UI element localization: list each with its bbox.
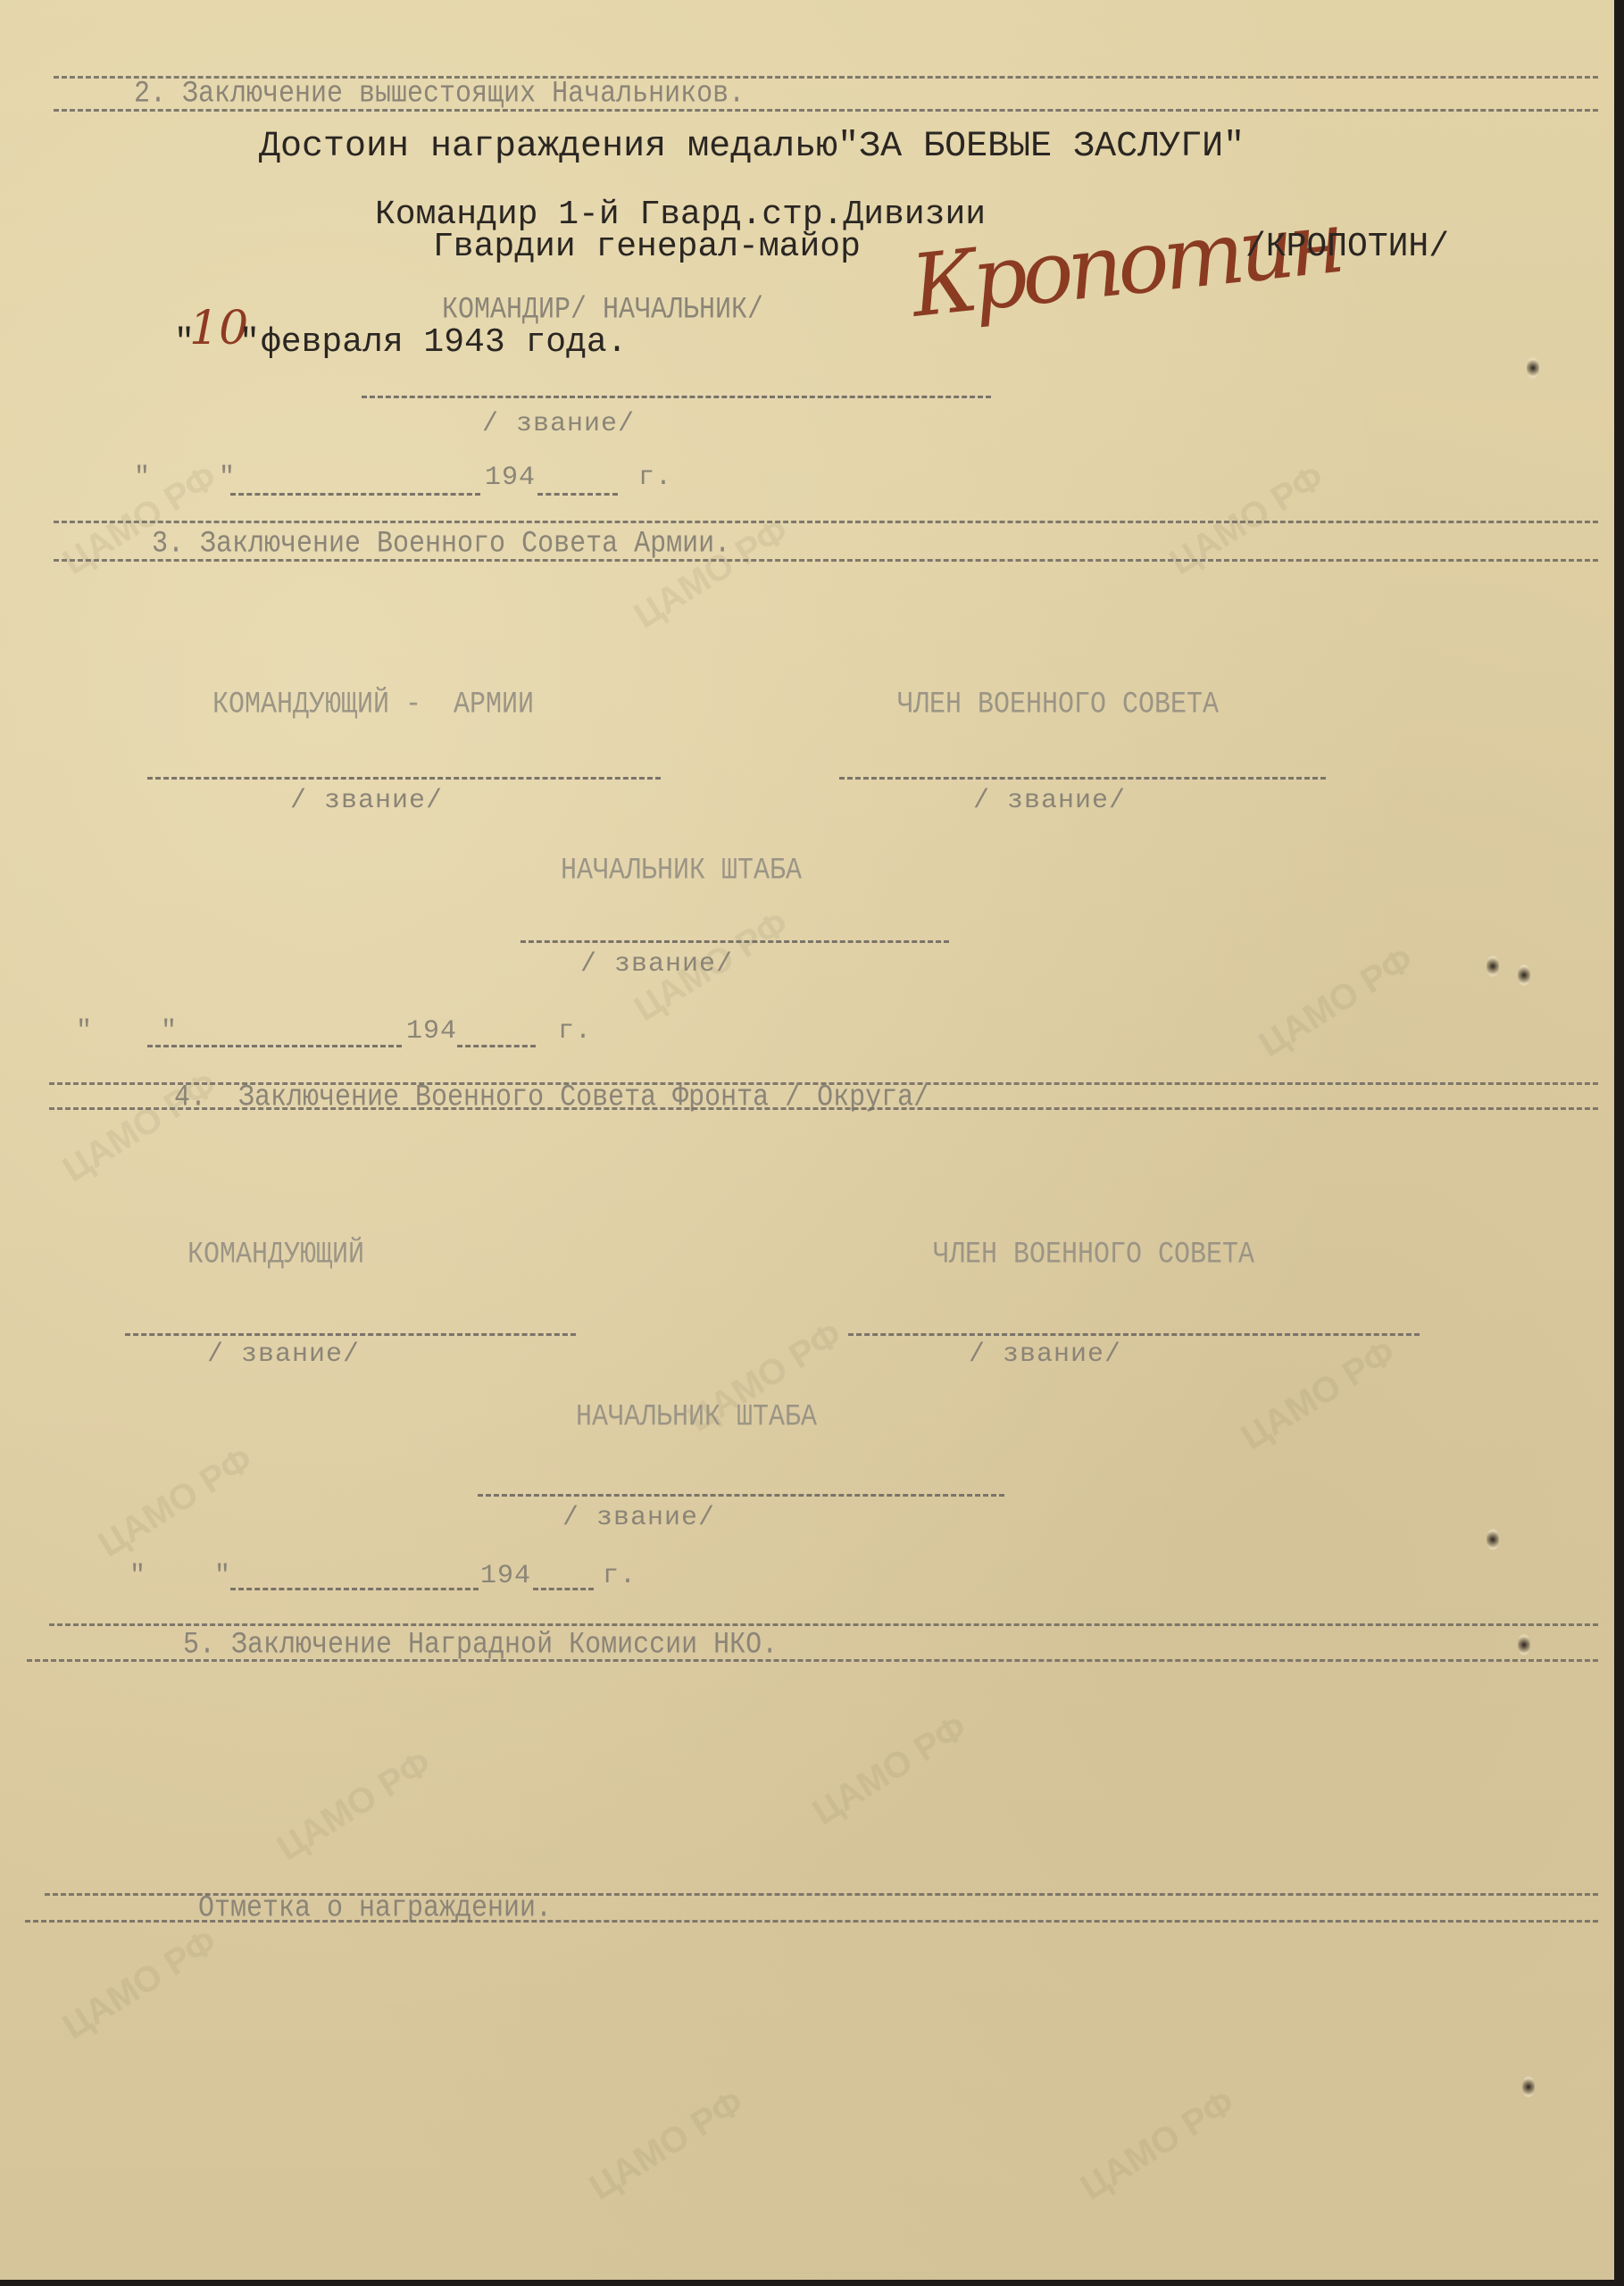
- blank-date-line: [457, 1045, 536, 1047]
- blank-date-quotes: " ": [129, 1563, 231, 1589]
- section-heading: 3. Заключение Военного Совета Армии.: [152, 529, 730, 560]
- rule-line: [25, 1920, 1598, 1923]
- signature-line: [147, 777, 661, 780]
- section-heading: 5. Заключение Наградной Комиссии НКО.: [183, 1630, 778, 1661]
- rank-label: / звание/: [969, 1341, 1121, 1368]
- scan-border-bottom: [0, 2280, 1624, 2286]
- date-text: февраля 1943 года.: [261, 326, 627, 360]
- council-member-title: ЧЛЕН ВОЕННОГО СОВЕТА: [933, 1239, 1254, 1271]
- blank-date-quotes: " ": [134, 464, 236, 491]
- signature-line: [839, 777, 1326, 780]
- blank-date-line: [147, 1045, 402, 1047]
- commander-title: КОМАНДУЮЩИЙ: [187, 1239, 364, 1271]
- pinhole-mark: [1518, 1634, 1530, 1656]
- role-label: КОМАНДИР/ НАЧАЛЬНИК/: [442, 295, 763, 326]
- blank-date-suffix: г.: [603, 1563, 637, 1589]
- rule-line: [49, 1107, 1598, 1110]
- council-member-title: ЧЛЕН ВОЕННОГО СОВЕТА: [897, 689, 1219, 721]
- pinhole-mark: [1527, 357, 1539, 379]
- date-close-quote: ": [239, 326, 260, 360]
- blank-date-line: [230, 493, 480, 496]
- rank-label: / звание/: [562, 1505, 715, 1531]
- blank-date-line: [230, 1588, 479, 1590]
- rank-label: / звание/: [580, 951, 733, 978]
- signature-line: [478, 1494, 1004, 1497]
- commander-title: КОМАНДУЮЩИЙ - АРМИИ: [212, 689, 534, 721]
- blank-date-quotes: " ": [76, 1018, 178, 1045]
- blank-date-year: 194: [485, 464, 536, 491]
- blank-date-year: 194: [406, 1018, 457, 1045]
- signature-line: [125, 1333, 576, 1336]
- signature-line: [362, 396, 991, 398]
- signature-line: [848, 1333, 1420, 1336]
- signer-title-line2: Гвардии генерал-майор: [433, 230, 861, 264]
- rank-label: / звание/: [290, 788, 443, 814]
- rule-line: [49, 1623, 1598, 1626]
- award-recommendation: Достоин награждения медалью"ЗА БОЕВЫЕ ЗА…: [259, 129, 1245, 165]
- blank-date-year: 194: [480, 1563, 531, 1589]
- pinhole-mark: [1518, 964, 1530, 986]
- pinhole-mark: [1522, 2076, 1535, 2098]
- rank-label: / звание/: [973, 788, 1126, 814]
- rule-line: [54, 109, 1598, 112]
- blank-date-suffix: г.: [558, 1018, 592, 1045]
- rule-line: [54, 521, 1598, 523]
- blank-date-line: [533, 1588, 594, 1590]
- pinhole-mark: [1487, 955, 1499, 977]
- signer-name: /КРОПОТИН/: [1245, 230, 1449, 264]
- rank-label: / звание/: [207, 1341, 360, 1368]
- blank-date-suffix: г.: [638, 464, 672, 491]
- rule-line: [54, 559, 1598, 562]
- chief-of-staff-title: НАЧАЛЬНИК ШТАБА: [576, 1402, 817, 1433]
- signature-line: [521, 940, 949, 943]
- pinhole-mark: [1487, 1529, 1499, 1550]
- rank-label: / звание/: [482, 411, 635, 438]
- rule-line: [27, 1659, 1598, 1662]
- scan-border-right: [1614, 0, 1624, 2286]
- blank-date-line: [537, 493, 618, 496]
- section-heading: 2. Заключение вышестоящих Начальников.: [134, 79, 745, 110]
- chief-of-staff-title: НАЧАЛЬНИК ШТАБА: [561, 855, 802, 887]
